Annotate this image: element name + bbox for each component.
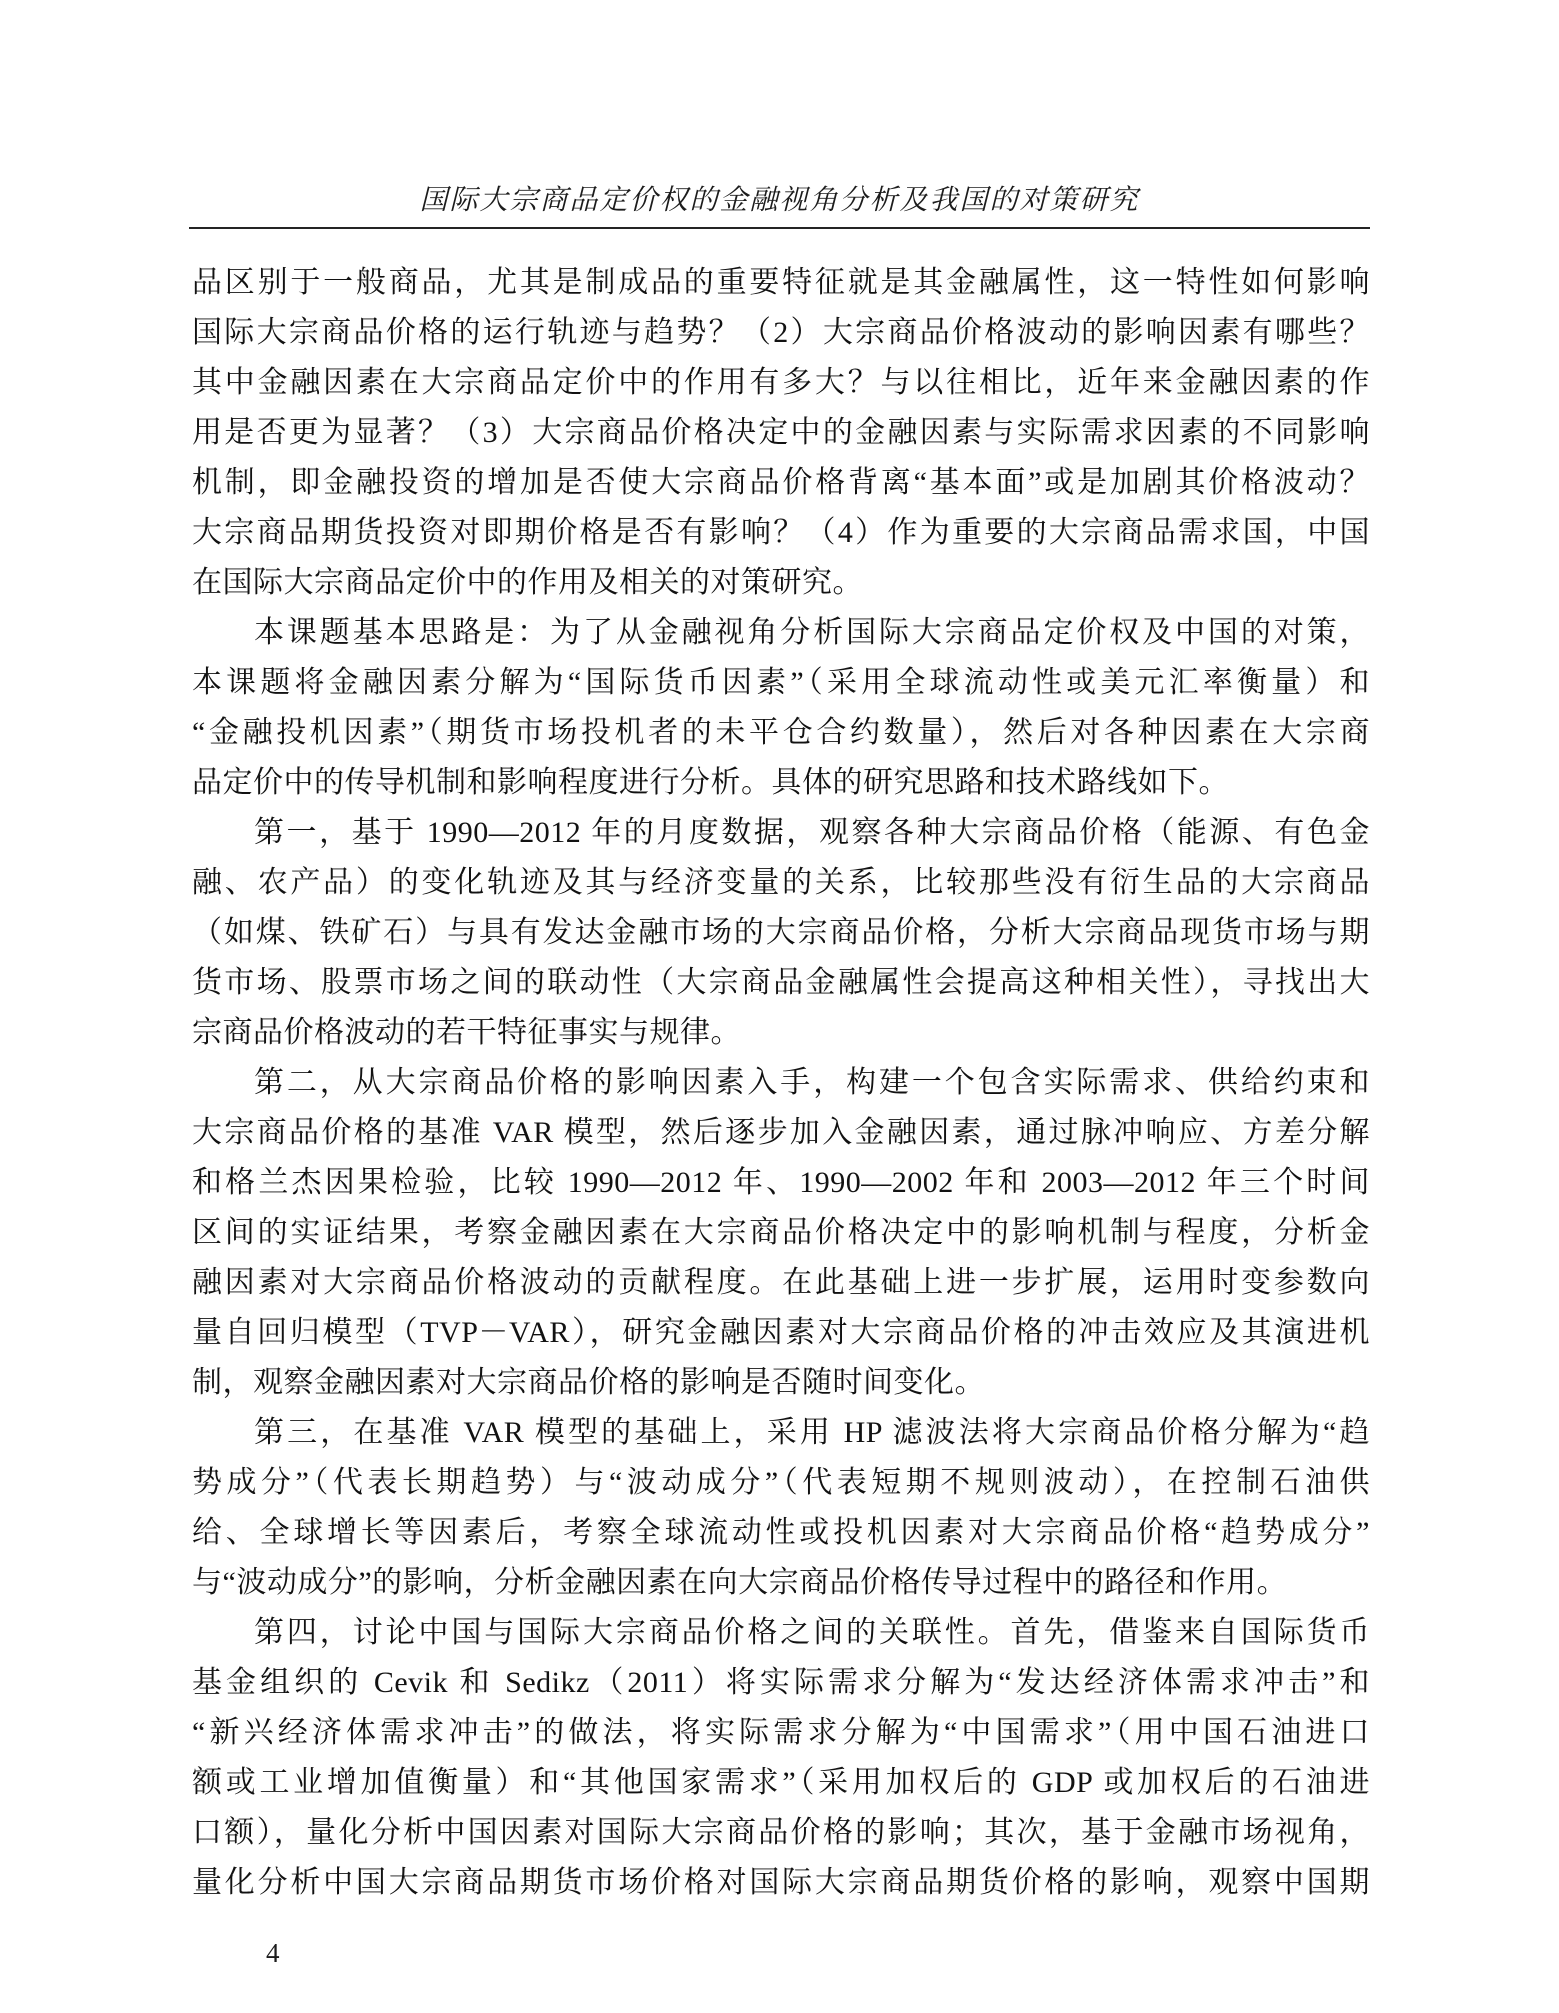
text-line: 第三，在基准 VAR 模型的基础上，采用 HP 滤波法将大宗商品价格分解为“趋 [192, 1408, 1370, 1458]
text-line: 和格兰杰因果检验，比较 1990—2012 年、1990—2002 年和 200… [192, 1158, 1370, 1208]
text-line: 用是否更为显著？（3）大宗商品价格决定中的金融因素与实际需求因素的不同影响 [192, 408, 1370, 458]
text-line: 制，观察金融因素对大宗商品价格的影响是否随时间变化。 [192, 1358, 1370, 1408]
text-line: 宗商品价格波动的若干特征事实与规律。 [192, 1008, 1370, 1058]
body-text-block: 品区别于一般商品，尤其是制成品的重要特征就是其金融属性，这一特性如何影响 国际大… [192, 258, 1370, 1908]
text-line: “金融投机因素”（期货市场投机者的未平仓合约数量），然后对各种因素在大宗商 [192, 708, 1370, 758]
text-line: 第二，从大宗商品价格的影响因素入手，构建一个包含实际需求、供给约束和 [192, 1058, 1370, 1108]
text-line: 国际大宗商品价格的运行轨迹与趋势？（2）大宗商品价格波动的影响因素有哪些？ [192, 308, 1370, 358]
text-line: 融因素对大宗商品价格波动的贡献程度。在此基础上进一步扩展，运用时变参数向 [192, 1258, 1370, 1308]
text-line: “新兴经济体需求冲击”的做法，将实际需求分解为“中国需求”（用中国石油进口 [192, 1708, 1370, 1758]
page-number: 4 [266, 1938, 280, 1969]
text-line: 大宗商品价格的基准 VAR 模型，然后逐步加入金融因素，通过脉冲响应、方差分解 [192, 1108, 1370, 1158]
text-line: 品定价中的传导机制和影响程度进行分析。具体的研究思路和技术路线如下。 [192, 758, 1370, 808]
text-line: 与“波动成分”的影响，分析金融因素在向大宗商品价格传导过程中的路径和作用。 [192, 1558, 1370, 1608]
text-line: 品区别于一般商品，尤其是制成品的重要特征就是其金融属性，这一特性如何影响 [192, 258, 1370, 308]
document-page: 国际大宗商品定价权的金融视角分析及我国的对策研究 品区别于一般商品，尤其是制成品… [0, 0, 1559, 2013]
text-line: 本课题将金融因素分解为“国际货币因素”（采用全球流动性或美元汇率衡量）和 [192, 658, 1370, 708]
text-line: 区间的实证结果，考察金融因素在大宗商品价格决定中的影响机制与程度，分析金 [192, 1208, 1370, 1258]
running-head-title: 国际大宗商品定价权的金融视角分析及我国的对策研究 [0, 178, 1559, 220]
text-line: 其中金融因素在大宗商品定价中的作用有多大？与以往相比，近年来金融因素的作 [192, 358, 1370, 408]
text-line: 融、农产品）的变化轨迹及其与经济变量的关系，比较那些没有衍生品的大宗商品 [192, 858, 1370, 908]
text-line: 额或工业增加值衡量）和“其他国家需求”（采用加权后的 GDP 或加权后的石油进 [192, 1758, 1370, 1808]
text-line: 量化分析中国大宗商品期货市场价格对国际大宗商品期货价格的影响，观察中国期 [192, 1858, 1370, 1908]
text-line: 机制，即金融投资的增加是否使大宗商品价格背离“基本面”或是加剧其价格波动？ [192, 458, 1370, 508]
text-line: 第一，基于 1990—2012 年的月度数据，观察各种大宗商品价格（能源、有色金 [192, 808, 1370, 858]
text-line: 基金组织的 Cevik 和 Sedikz（2011）将实际需求分解为“发达经济体… [192, 1658, 1370, 1708]
text-line: 量自回归模型（TVP－VAR），研究金融因素对大宗商品价格的冲击效应及其演进机 [192, 1308, 1370, 1358]
text-line: 本课题基本思路是：为了从金融视角分析国际大宗商品定价权及中国的对策， [192, 608, 1370, 658]
text-line: 口额），量化分析中国因素对国际大宗商品价格的影响；其次，基于金融市场视角， [192, 1808, 1370, 1858]
text-line: 给、全球增长等因素后，考察全球流动性或投机因素对大宗商品价格“趋势成分” [192, 1508, 1370, 1558]
text-line: （如煤、铁矿石）与具有发达金融市场的大宗商品价格，分析大宗商品现货市场与期 [192, 908, 1370, 958]
text-line: 货市场、股票市场之间的联动性（大宗商品金融属性会提高这种相关性），寻找出大 [192, 958, 1370, 1008]
text-line: 第四，讨论中国与国际大宗商品价格之间的关联性。首先，借鉴来自国际货币 [192, 1608, 1370, 1658]
text-line: 大宗商品期货投资对即期价格是否有影响？（4）作为重要的大宗商品需求国，中国 [192, 508, 1370, 558]
text-line: 在国际大宗商品定价中的作用及相关的对策研究。 [192, 558, 1370, 608]
text-line: 势成分”（代表长期趋势）与“波动成分”（代表短期不规则波动），在控制石油供 [192, 1458, 1370, 1508]
header-rule-divider [189, 227, 1370, 229]
